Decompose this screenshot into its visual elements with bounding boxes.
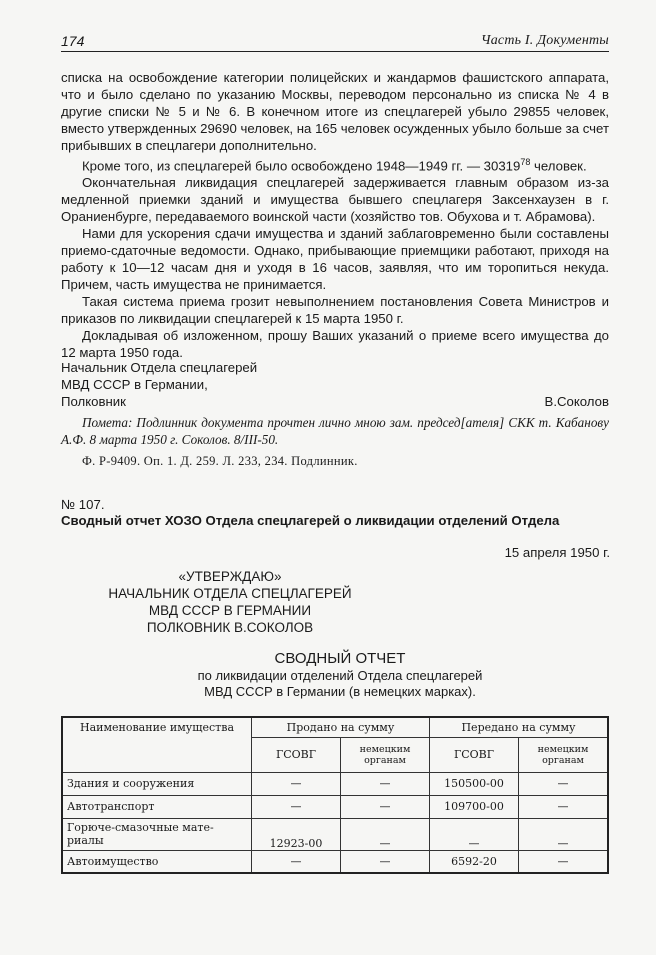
col-header-name: Наименование имущества bbox=[62, 717, 252, 772]
page-number: 174 bbox=[61, 33, 84, 49]
table-row: Горюче-смазочные мате-риалы 12923-00 — —… bbox=[62, 818, 608, 850]
approval-stamp: «УТВЕРЖДАЮ» НАЧАЛЬНИК ОТДЕЛА СПЕЦЛАГЕРЕЙ… bbox=[80, 568, 380, 636]
note: Помета: Подлинник документа прочтен личн… bbox=[61, 414, 609, 448]
paragraph: Такая система приема грозит невыполнение… bbox=[61, 293, 609, 327]
table-row: Автоимущество — — 6592-20 — bbox=[62, 850, 608, 873]
col-header-tr-gsovg: ГСОВГ bbox=[430, 737, 519, 772]
col-header-transferred: Передано на сумму bbox=[430, 717, 609, 737]
col-header-sold-german: немецким органам bbox=[341, 737, 430, 772]
report-title: СВОДНЫЙ ОТЧЕТ по ликвидации отделений От… bbox=[140, 650, 540, 700]
paragraph: Окончательная ликвидация спецлагерей зад… bbox=[61, 174, 609, 225]
footnote-ref: 78 bbox=[520, 157, 530, 167]
col-header-tr-german: немецким органам bbox=[519, 737, 609, 772]
col-header-sold-gsovg: ГСОВГ bbox=[252, 737, 341, 772]
property-table: Наименование имущества Продано на сумму … bbox=[61, 716, 609, 874]
signature-line: МВД СССР в Германии, bbox=[61, 376, 609, 393]
paragraph: Кроме того, из спецлагерей было освобожд… bbox=[61, 154, 609, 174]
paragraph: Нами для ускорения сдачи имущества и зда… bbox=[61, 225, 609, 293]
body-text: списка на освобождение категории полицей… bbox=[61, 69, 609, 361]
running-head: 174 Часть I. Документы bbox=[61, 33, 609, 52]
table-row: Здания и сооружения — — 150500-00 — bbox=[62, 772, 608, 795]
document-date: 15 апреля 1950 г. bbox=[505, 545, 610, 560]
table-row: Автотранспорт — — 109700-00 — bbox=[62, 795, 608, 818]
paragraph: Докладывая об изложенном, прошу Ваших ук… bbox=[61, 327, 609, 361]
document-title: Сводный отчет ХОЗО Отдела спецлагерей о … bbox=[61, 513, 559, 528]
archive-reference: Ф. Р-9409. Оп. 1. Д. 259. Л. 233, 234. П… bbox=[82, 454, 358, 469]
signature-block: Начальник Отдела спецлагерей МВД СССР в … bbox=[61, 359, 609, 410]
signature-rank: Полковник bbox=[61, 394, 126, 409]
document-number: № 107. bbox=[61, 497, 104, 512]
paragraph: списка на освобождение категории полицей… bbox=[61, 69, 609, 154]
signature-name: В.Соколов bbox=[545, 393, 609, 410]
section-title: Часть I. Документы bbox=[481, 33, 609, 49]
col-header-sold: Продано на сумму bbox=[252, 717, 430, 737]
signature-line: Начальник Отдела спецлагерей bbox=[61, 359, 609, 376]
